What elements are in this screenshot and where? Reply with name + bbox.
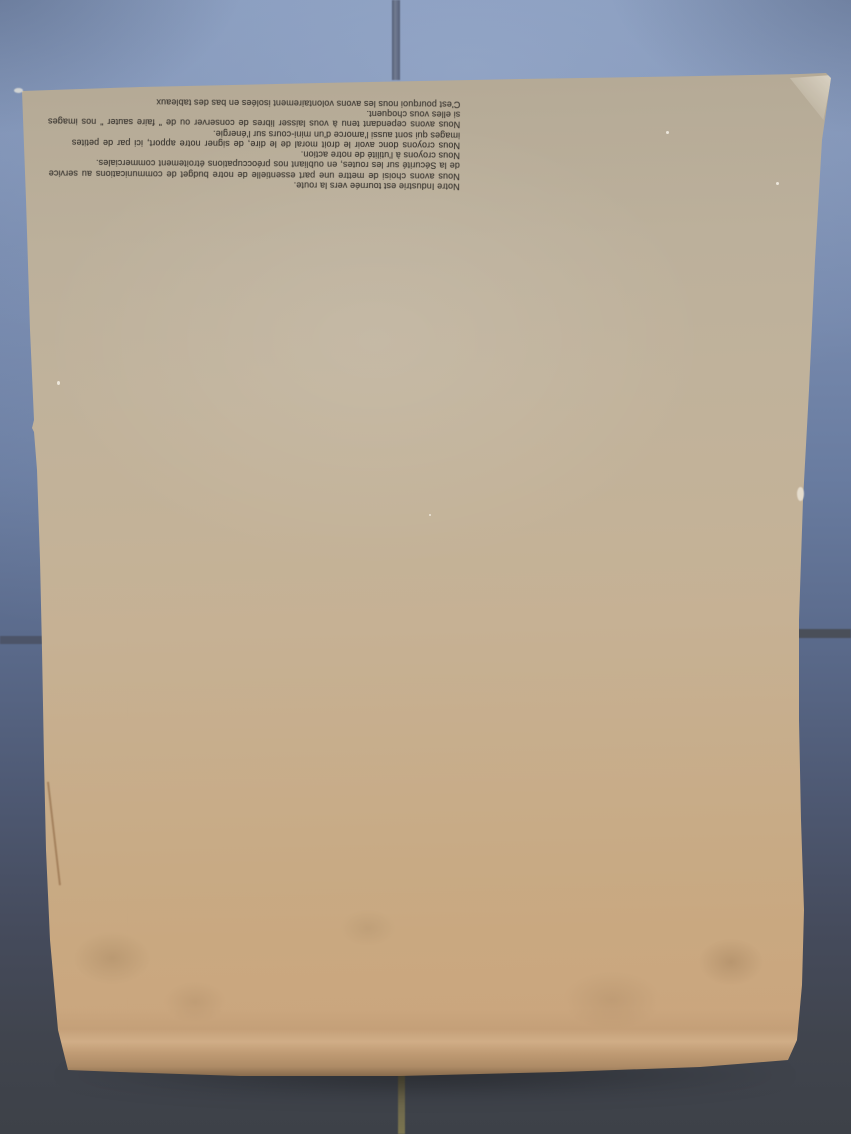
paper-sheet: Notre Industrie est tournée vers la rout… <box>0 0 851 1134</box>
crease-tear-left-edge <box>47 782 61 886</box>
grout-line-right-horizontal <box>795 629 851 638</box>
paper-speck <box>57 381 60 385</box>
paper-speck <box>666 131 669 134</box>
photo-of-paper-on-tiled-floor: Notre Industrie est tournée vers la rout… <box>0 0 851 1134</box>
paper-speck <box>429 514 431 516</box>
printed-text-block-upside-down: Notre Industrie est tournée vers la rout… <box>27 95 461 191</box>
grout-line-left-horizontal <box>0 636 47 644</box>
paper-speck <box>776 182 779 185</box>
torn-nick-right-edge <box>797 487 804 501</box>
worn-chip-top-left <box>14 88 23 93</box>
grout-line-top-vertical <box>392 0 400 80</box>
